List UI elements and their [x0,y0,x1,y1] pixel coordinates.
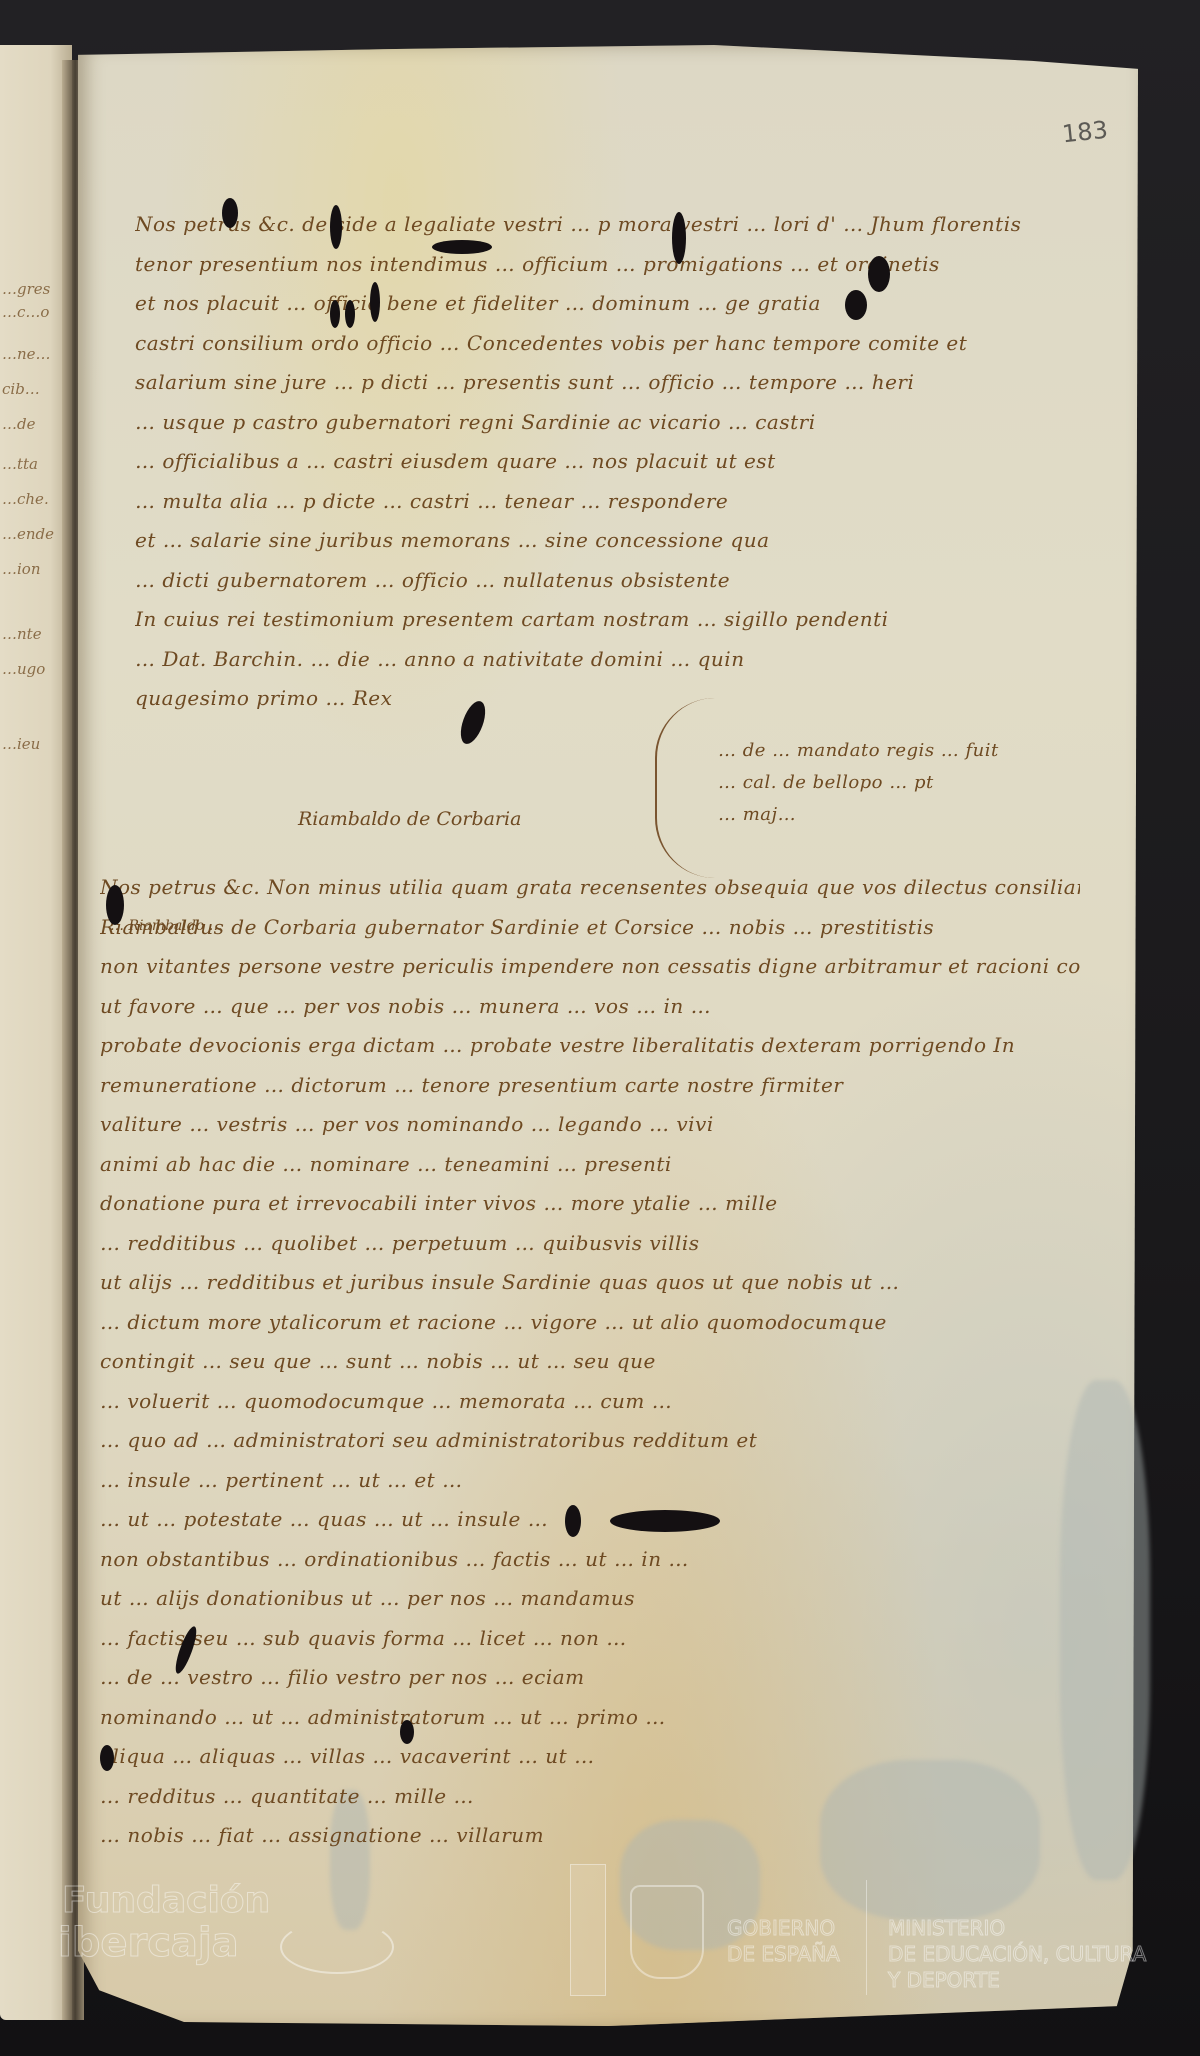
ink-blot [845,290,867,320]
watermark-ibercaja: ibercaja [58,1920,239,1966]
text-line: Nos petrus &c. de side a legaliate vestr… [135,205,1075,245]
note-line: … maj… [718,799,999,831]
text-line: donatione pura et irrevocabili inter viv… [100,1184,1080,1224]
watermark-ministerio: MINISTERIO DE EDUCACIÓN, CULTURA Y DEPOR… [888,1915,1146,1993]
text-line: … de … vestro … filio vestro per nos … e… [100,1658,1080,1698]
text-line: … officialibus a … castri eiusdem quare … [135,442,1075,482]
folio-number: 183 [1061,116,1109,149]
spain-flag-bar-icon [570,1864,606,1996]
left-page-fragment: …ende [2,525,54,543]
watermark-line: GOBIERNO [727,1915,840,1941]
watermark-line: MINISTERIO [888,1915,1146,1941]
text-line: remuneratione … dictorum … tenore presen… [100,1066,1080,1106]
text-line: non vitantes persone vestre periculis im… [100,947,1080,987]
watermark-line: DE ESPAÑA [727,1941,840,1967]
registration-note: … de … mandato regis … fuit … cal. de be… [718,735,999,831]
note-line: … cal. de bellopo … pt [718,767,999,799]
ink-blot [432,240,492,254]
text-line: contingit … seu que … sunt … nobis … ut … [100,1342,1080,1382]
text-line: Nos petrus &c. Non minus utilia quam gra… [100,868,1080,908]
left-page-fragment: …ieu [2,735,40,753]
ink-blot [345,300,355,328]
ink-blot [565,1505,581,1537]
text-line: In cuius rei testimonium presentem carta… [135,600,1075,640]
text-line: ut … alijs donationibus ut … per nos … m… [100,1579,1080,1619]
text-line: quagesimo primo … Rex [135,679,1075,719]
left-page-fragment: …gres [2,280,50,298]
text-line: … dictum more ytalicorum et racione … vi… [100,1303,1080,1343]
text-line: … quo ad … administratori seu administra… [100,1421,1080,1461]
left-page-fragment: …ugo [2,660,45,678]
note-bracket [655,698,717,878]
ink-blot [400,1720,414,1744]
text-line: … redditus … quantitate … mille … [100,1777,1080,1817]
text-line: aliqua … aliquas … villas … vacaverint …… [100,1737,1080,1777]
text-line: … dicti gubernatorem … officio … nullate… [135,561,1075,601]
ibercaja-logo-icon [280,1920,394,1974]
text-line: … redditibus … quolibet … perpetuum … qu… [100,1224,1080,1264]
ink-blot [868,256,890,292]
text-line: et … salarie sine juribus memorans … sin… [135,521,1075,561]
text-line: … insule … pertinent … ut … et … [100,1461,1080,1501]
signature-name: Riambaldo de Corbaria [298,808,521,830]
text-line: … Dat. Barchin. … die … anno a nativitat… [135,640,1075,680]
watermark-line: Y DEPORTE [888,1967,1146,1993]
text-line: animi ab hac die … nominare … teneamini … [100,1145,1080,1185]
left-page-fragment: …che. [2,490,49,508]
ink-blot [106,885,124,925]
left-page-fragment: …c…o [2,303,49,321]
ink-blot [330,300,340,328]
watermark-divider [866,1880,867,1995]
text-line: … multa alia … p dicte … castri … tenear… [135,482,1075,522]
text-line: … ut … potestate … quas … ut … insule … [100,1500,1080,1540]
text-line: … voluerit … quomodocumque … memorata … … [100,1382,1080,1422]
ink-blot [610,1510,720,1532]
text-line: castri consilium ordo officio … Conceden… [135,324,1075,364]
ink-blot [100,1745,114,1771]
text-line: et nos placuit … officio bene et fidelit… [135,284,1075,324]
left-page-fragment: …ne… [2,345,51,363]
watermark-gobierno: GOBIERNO DE ESPAÑA [727,1915,840,1967]
ink-blot [222,198,238,228]
left-page-fragment: cib… [2,380,40,398]
upper-document-text: Nos petrus &c. de side a legaliate vestr… [135,205,1075,719]
text-line: ut favore … que … per vos nobis … munera… [100,987,1080,1027]
text-line: … usque p castro gubernatori regni Sardi… [135,403,1075,443]
left-page-fragment: …tta [2,455,38,473]
left-page-fragment: …de [2,415,35,433]
text-line: salarium sine jure … p dicti … presentis… [135,363,1075,403]
left-page-fragment: …nte [2,625,42,643]
lower-document-text: Nos petrus &c. Non minus utilia quam gra… [100,868,1080,1856]
text-line: … factis seu … sub quavis forma … licet … [100,1619,1080,1659]
watermark-line: DE EDUCACIÓN, CULTURA [888,1941,1146,1967]
watermark-fundacion: Fundación [62,1880,270,1921]
ink-blot [330,205,342,249]
coat-of-arms-icon [630,1885,704,1979]
text-line: tenor presentium nos intendimus … offici… [135,245,1075,285]
text-line: valiture … vestris … per vos nominando …… [100,1105,1080,1145]
text-line: … nobis … fiat … assignatione … villarum [100,1816,1080,1856]
text-line: probate devocionis erga dictam … probate… [100,1026,1080,1066]
text-line: Riambaldus de Corbaria gubernator Sardin… [100,908,1080,948]
text-line: nominando … ut … administratorum … ut … … [100,1698,1080,1738]
ink-blot [672,212,686,264]
text-line: non obstantibus … ordinationibus … facti… [100,1540,1080,1580]
text-line: ut alijs … redditibus et juribus insule … [100,1263,1080,1303]
left-page-fragment: …ion [2,560,41,578]
ink-blot [370,282,380,322]
note-line: … de … mandato regis … fuit [718,735,999,767]
